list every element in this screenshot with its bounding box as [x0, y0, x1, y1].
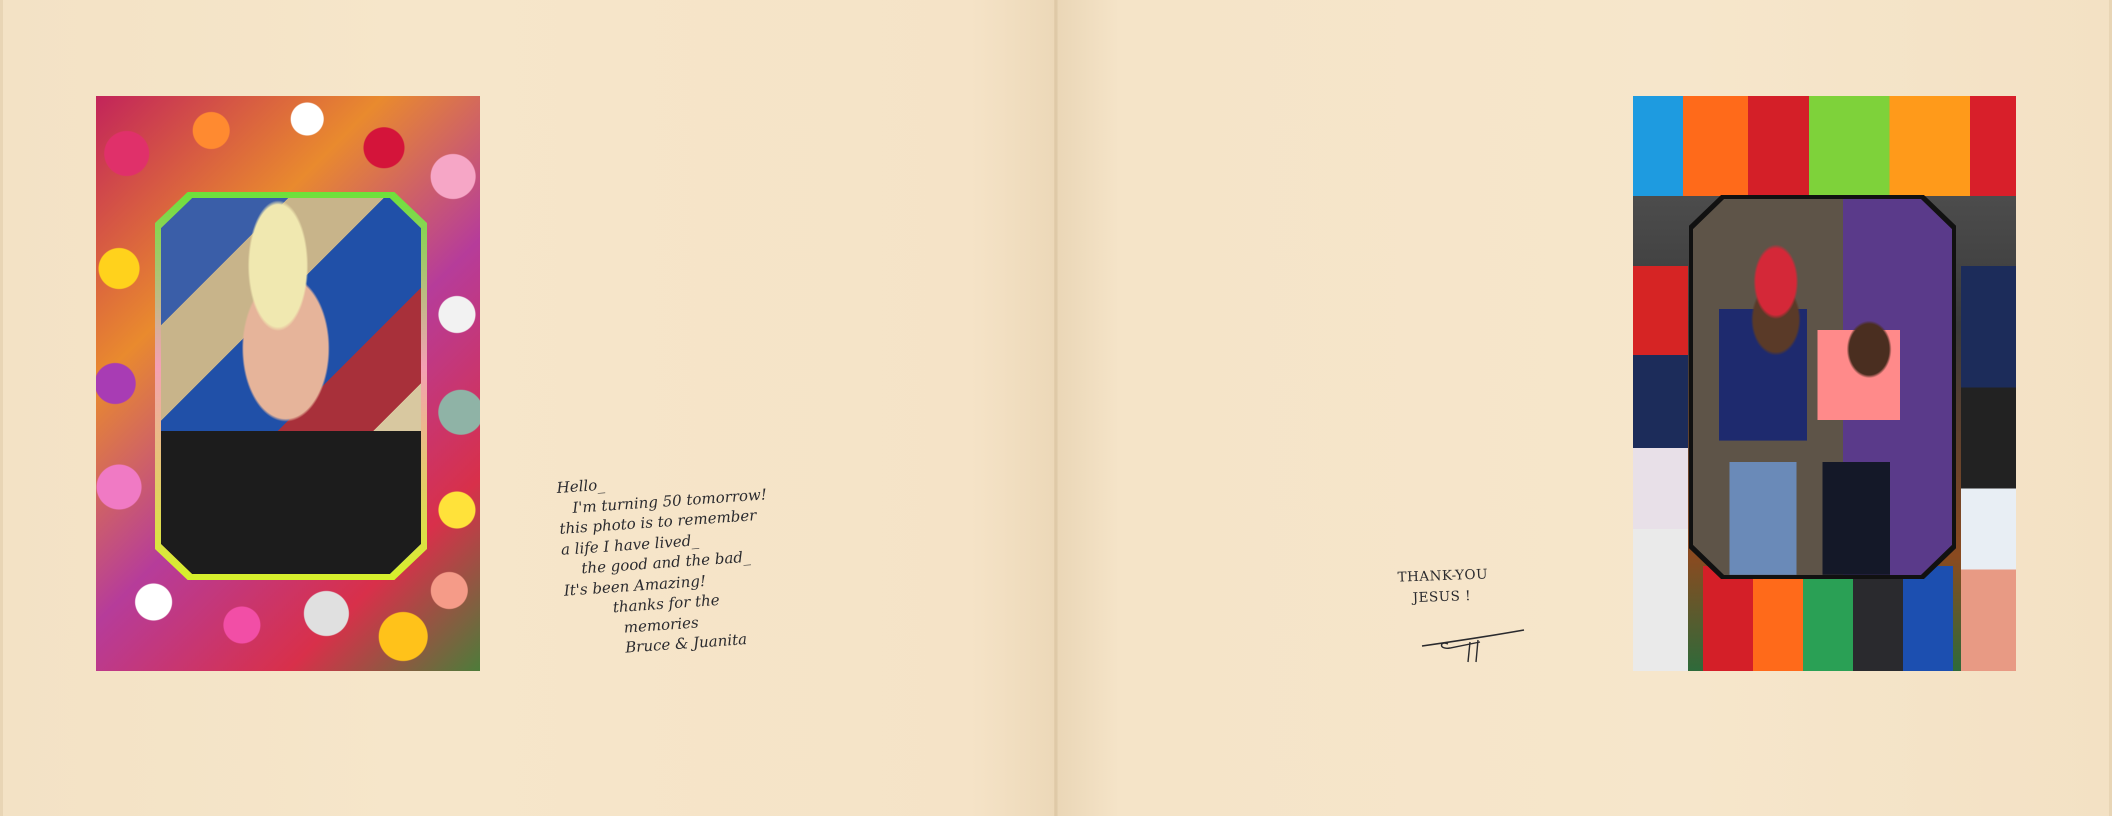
handwritten-note-left: Hello_ I'm turning 50 tomorrow! this pho…	[556, 463, 777, 662]
note-line: THANK-YOU	[1397, 564, 1488, 588]
signature-scribble-icon	[1420, 628, 1525, 664]
handwritten-note-right: THANK-YOU JESUS !	[1397, 564, 1489, 609]
left-page-edge	[0, 0, 3, 816]
book-spread: Hello_ I'm turning 50 tomorrow! this pho…	[0, 0, 2112, 816]
right-couple-photo	[1633, 96, 2016, 671]
left-portrait-photo	[96, 96, 480, 671]
book-gutter	[1054, 0, 1058, 816]
portrait-couple-store	[1693, 199, 1952, 575]
portrait-man-blonde-quiff	[161, 198, 421, 574]
note-line: JESUS !	[1398, 585, 1489, 609]
